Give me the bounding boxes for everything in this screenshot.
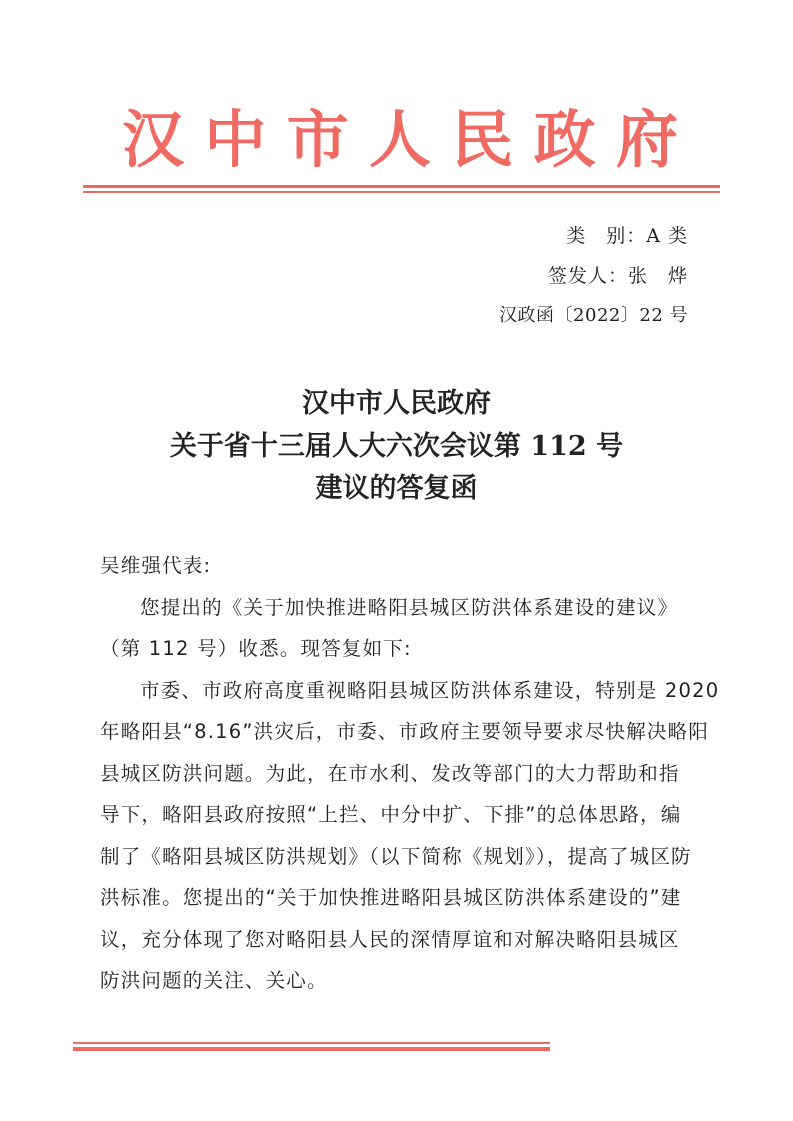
body-line: 市委、市政府高度重视略阳县城区防洪体系建设，特别是 2020 [100, 670, 700, 712]
body-line: （第 112 号）收悉。现答复如下: [100, 628, 700, 670]
body-line: 防洪问题的关注、关心。 [100, 960, 700, 1002]
document-number: 汉政函〔2022〕22 号 [499, 301, 688, 327]
masthead-char: 中 [204, 109, 266, 171]
category-label: 类 别：A 类 [566, 221, 688, 248]
salutation: 吴维强代表: [100, 545, 700, 587]
body-line: 制了《略阳县城区防洪规划》（以下简称《规划》），提高了城区防 [100, 836, 700, 878]
title-line-2: 关于省十三届人大六次会议第 112 号 [0, 424, 793, 463]
title-line-3: 建议的答复函 [0, 466, 793, 505]
body-line: 议，充分体现了您对略阳县人民的深情厚谊和对解决略阳县城区 [100, 919, 700, 961]
header-rule-thick [83, 185, 720, 188]
footer-rule-thick [73, 1047, 550, 1051]
letter-body: 吴维强代表: 您提出的《关于加快推进略阳县城区防洪体系建设的建议》 （第 112… [100, 545, 700, 1002]
issuer-masthead: 汉 中 市 人 民 政 府 [82, 100, 722, 180]
masthead-char: 人 [369, 109, 431, 171]
body-line: 导下，略阳县政府按照“上拦、中分中扩、下排”的总体思路，编 [100, 794, 700, 836]
masthead-char: 汉 [122, 109, 184, 171]
body-line: 您提出的《关于加快推进略阳县城区防洪体系建设的建议》 [100, 587, 700, 629]
masthead-char: 市 [287, 109, 349, 171]
masthead-char: 政 [534, 109, 596, 171]
body-line: 年略阳县“8.16”洪灾后，市委、市政府主要领导要求尽快解决略阳 [100, 711, 700, 753]
body-line: 洪标准。您提出的“关于加快推进略阳县城区防洪体系建设的”建 [100, 877, 700, 919]
title-line-1: 汉中市人民政府 [0, 381, 793, 420]
body-line: 县城区防洪问题。为此，在市水利、发改等部门的大力帮助和指 [100, 753, 700, 795]
footer-rule-thin [73, 1042, 550, 1044]
signer-label: 签发人：张 烨 [548, 261, 688, 288]
header-rule-thin [83, 191, 720, 193]
masthead-char: 民 [451, 109, 513, 171]
masthead-char: 府 [616, 109, 678, 171]
